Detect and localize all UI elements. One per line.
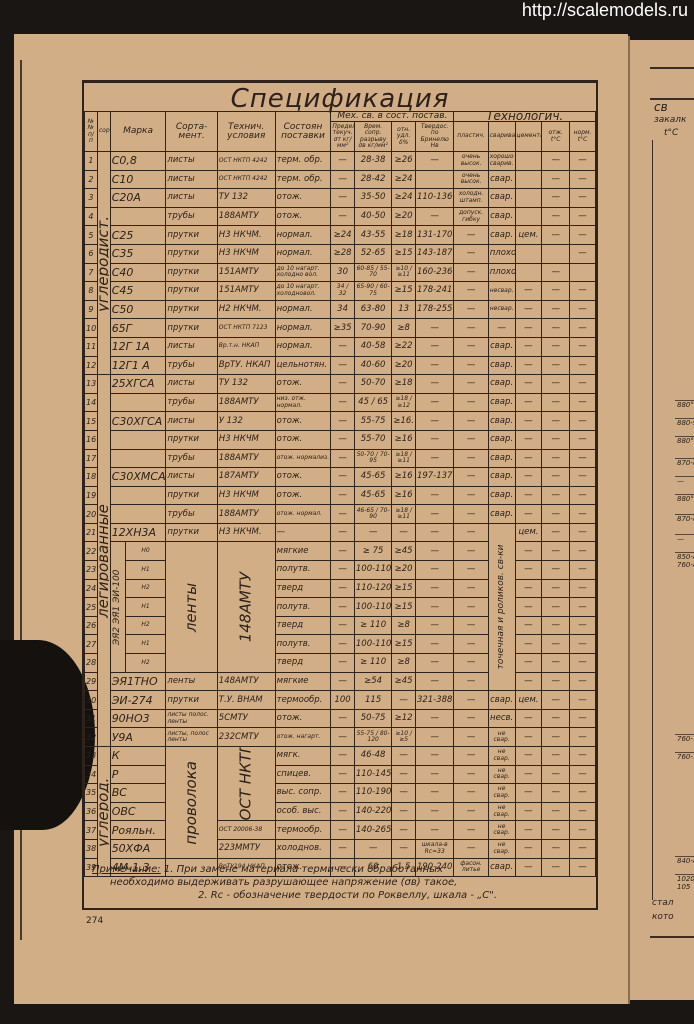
tensile-strength: 100-110: [354, 598, 391, 617]
delivery-state: отож. нормализ.: [275, 449, 331, 468]
cementation: —: [515, 319, 542, 338]
elongation: ≥8: [392, 654, 416, 673]
tensile-strength: 100-110: [354, 561, 391, 580]
tech-conditions: Н3 НКЧМ: [217, 486, 275, 505]
weldability: несв.: [488, 709, 515, 728]
tensile-strength: 110-190: [354, 784, 391, 803]
tech-conditions: Н3 НКЧМ.: [217, 523, 275, 542]
plasticity: —: [454, 300, 488, 319]
footnote: Примечание: 1. При замене материала терм…: [88, 863, 593, 902]
plasticity: —: [454, 654, 488, 673]
delivery-state: спицев.: [275, 765, 331, 784]
row-number: 17: [85, 449, 98, 468]
normalize-temp: —: [570, 412, 596, 431]
hardness: —: [415, 728, 454, 747]
state-cell: мягк.: [275, 747, 331, 766]
tech-conditions: ТУ 132: [217, 189, 275, 208]
weldability: свар.: [488, 505, 515, 524]
hardness: шкала-в Rc=33: [415, 839, 454, 858]
sortament: листы, полос ленты: [166, 728, 217, 747]
grade-sub: Н2: [125, 579, 166, 598]
row-number: 4: [85, 207, 98, 226]
cementation: —: [515, 375, 542, 394]
plasticity: —: [454, 542, 488, 561]
table-row: 7С40прутки151АМТУдо 10 нагарт. холодно в…: [85, 263, 596, 282]
weldability: не свар.: [488, 728, 515, 747]
col-plast: пластич.: [454, 122, 488, 152]
yield-strength: ≥28: [331, 244, 355, 263]
elongation: ≥24: [392, 170, 416, 189]
hardness: —: [415, 449, 454, 468]
sortament-provoloka: проволока: [166, 747, 217, 859]
plasticity: —: [454, 728, 488, 747]
yield-strength: —: [331, 189, 355, 208]
plasticity: —: [454, 784, 488, 803]
delivery-state: низ. отж. нормал.: [275, 393, 331, 412]
grade: С30ХМСА: [110, 468, 166, 487]
row-number: 10: [85, 319, 98, 338]
hardness: —: [415, 821, 454, 840]
col-normal: норм. t°C: [570, 122, 596, 152]
tensile-strength: 55-75 / 80-120: [354, 728, 391, 747]
tensile-strength: 50-70 / 70-95: [354, 449, 391, 468]
tensile-strength: 40-60: [354, 356, 391, 375]
weldability: свар.: [488, 486, 515, 505]
hardness: —: [415, 319, 454, 338]
row-number: 2: [85, 170, 98, 189]
grade: ЭЯ1ТНО: [110, 672, 166, 691]
yield-strength: —: [331, 152, 355, 171]
plasticity: —: [454, 486, 488, 505]
grade: 12Г1 А: [110, 356, 166, 375]
grade: 50ХФА: [110, 839, 166, 858]
cementation: —: [515, 672, 542, 691]
yield-strength: —: [331, 375, 355, 394]
group-alloy: легированные: [97, 375, 110, 747]
elongation: ≥18: [392, 226, 416, 245]
grade-sub: Н2: [125, 654, 166, 673]
cementation: —: [515, 337, 542, 356]
cementation: —: [515, 747, 542, 766]
plasticity: —: [454, 616, 488, 635]
right-subheader: закалк: [654, 115, 686, 125]
yield-strength: —: [331, 635, 355, 654]
col-tech-conditions: Технич. условия: [217, 112, 275, 152]
table-row: 1212Г1 АтрубыВрТУ. НКАПцельнотян.—40-60≥…: [85, 356, 596, 375]
grade-sub: Н0: [125, 542, 166, 561]
weldability: не свар.: [488, 784, 515, 803]
anneal-temp: —: [542, 635, 570, 654]
normalize-temp: —: [570, 542, 596, 561]
sortament: трубы: [166, 505, 217, 524]
row-number: 20: [85, 505, 98, 524]
sortament: трубы: [166, 393, 217, 412]
yield-strength: —: [331, 170, 355, 189]
right-cell: 1020° / 105: [675, 874, 694, 891]
tech-conditions: ОСТ НКТП 7123: [217, 319, 275, 338]
tensile-strength: 115: [354, 691, 391, 710]
right-cell: 880-90: [675, 418, 694, 427]
right-cell: —: [675, 476, 694, 485]
delivery-state: нормал.: [275, 300, 331, 319]
tech-conditions: 223ММТУ: [217, 839, 275, 858]
yield-strength: —: [331, 468, 355, 487]
right-cell: 760-78: [675, 752, 694, 761]
anneal-temp: —: [542, 598, 570, 617]
tech-conditions: ТУ 132: [217, 375, 275, 394]
sortament: прутки: [166, 486, 217, 505]
sortament: листы: [166, 170, 217, 189]
elongation: ≥22: [392, 337, 416, 356]
cementation: —: [515, 486, 542, 505]
row-number: 3: [85, 189, 98, 208]
watermark: http://scalemodels.ru: [522, 0, 688, 21]
weldability: несвар.: [488, 282, 515, 301]
anneal-temp: —: [542, 616, 570, 635]
row-number: 32: [85, 728, 98, 747]
normalize-temp: —: [570, 784, 596, 803]
yield-strength: —: [331, 802, 355, 821]
row-number: 5: [85, 226, 98, 245]
anneal-temp: —: [542, 393, 570, 412]
tensile-strength: —: [354, 523, 391, 542]
anneal-temp: —: [542, 152, 570, 171]
yield-strength: —: [331, 542, 355, 561]
grade: С35: [110, 244, 166, 263]
normalize-temp: —: [570, 393, 596, 412]
weldability: не свар.: [488, 839, 515, 858]
elongation: —: [392, 784, 416, 803]
delivery-state: нормал.: [275, 319, 331, 338]
cementation: —: [515, 300, 542, 319]
hardness: —: [415, 412, 454, 431]
tensile-strength: 63-80: [354, 300, 391, 319]
weldability: свар.: [488, 412, 515, 431]
normalize-temp: —: [570, 226, 596, 245]
table-row: 14трубы188АМТУниз. отж. нормал.—45 / 65≥…: [85, 393, 596, 412]
anneal-temp: —: [542, 170, 570, 189]
tech-conditions: 232СМТУ: [217, 728, 275, 747]
hardness: [415, 170, 454, 189]
row-number: 24: [85, 579, 98, 598]
anneal-temp: [542, 244, 570, 263]
row-number: 27: [85, 635, 98, 654]
plasticity: —: [454, 672, 488, 691]
table-row: 3С20АлистыТУ 132отож.—35-50≥24110-136хол…: [85, 189, 596, 208]
plasticity: —: [454, 468, 488, 487]
normalize-temp: —: [570, 561, 596, 580]
col-hardness: Твердос. по Бринелю Hв: [415, 122, 454, 152]
cementation: —: [515, 282, 542, 301]
right-cell: 840-8: [675, 856, 694, 865]
normalize-temp: —: [570, 468, 596, 487]
weldability: свар.: [488, 691, 515, 710]
tensile-strength: 100-110: [354, 635, 391, 654]
right-unit: t°C: [654, 128, 678, 138]
right-header: св: [654, 100, 668, 114]
plasticity: —: [454, 802, 488, 821]
tensile-strength: 50-75: [354, 709, 391, 728]
plasticity: допуск. гибку: [454, 207, 488, 226]
anneal-temp: —: [542, 765, 570, 784]
grade: [110, 430, 166, 449]
row-number: 26: [85, 616, 98, 635]
row-number: 35: [85, 784, 98, 803]
yield-strength: —: [331, 430, 355, 449]
normalize-temp: —: [570, 152, 596, 171]
yield-strength: —: [331, 709, 355, 728]
cementation: —: [515, 839, 542, 858]
tensile-strength: 140-220: [354, 802, 391, 821]
group-carbon: углеродист.: [97, 152, 110, 375]
hardness: —: [415, 375, 454, 394]
hardness: —: [415, 542, 454, 561]
delivery-state: мягкие: [275, 672, 331, 691]
anneal-temp: —: [542, 747, 570, 766]
right-page: св закалк t°C 880°± 880-90 880°± 870-89 …: [630, 40, 694, 1000]
grade: С40: [110, 263, 166, 282]
plasticity: —: [454, 579, 488, 598]
delivery-state: нормал.: [275, 337, 331, 356]
right-cell: —: [675, 534, 694, 543]
elongation: ≥16: [392, 468, 416, 487]
row-number: 28: [85, 654, 98, 673]
table-row: 3850ХФА223ММТУхолоднов.———шкала-в Rc=33—…: [85, 839, 596, 858]
anneal-temp: —: [542, 839, 570, 858]
weldability: свар.: [488, 449, 515, 468]
page-number: 274: [86, 916, 103, 926]
grade: ОВС: [110, 802, 166, 821]
delivery-state: отож. нагарт.: [275, 728, 331, 747]
sortament: листы: [166, 412, 217, 431]
delivery-state: нормал.: [275, 226, 331, 245]
tech-conditions: Н3 НКЧМ: [217, 430, 275, 449]
tensile-strength: 110-120: [354, 579, 391, 598]
anneal-temp: —: [542, 430, 570, 449]
delivery-state: —: [275, 523, 331, 542]
elongation: ≥18 / ≥12: [392, 393, 416, 412]
plasticity: —: [454, 747, 488, 766]
delivery-state: терм. обр.: [275, 170, 331, 189]
row-number: 18: [85, 468, 98, 487]
row-number: 11: [85, 337, 98, 356]
col-cement: цементац.: [515, 122, 542, 152]
table-row: 9С50пруткиН2 НКЧМ.нормал.3463-8013178-25…: [85, 300, 596, 319]
cementation: —: [515, 654, 542, 673]
sortament: прутки: [166, 226, 217, 245]
grade: ЭИ-274: [110, 691, 166, 710]
right-cell: 870-89: [675, 514, 694, 523]
grade: 90НО3: [110, 709, 166, 728]
row-number: 8: [85, 282, 98, 301]
elongation: —: [392, 821, 416, 840]
anneal-temp: —: [542, 300, 570, 319]
tech-conditions: ВрТУ. НКАП: [217, 356, 275, 375]
row-number: 7: [85, 263, 98, 282]
normalize-temp: —: [570, 747, 596, 766]
elongation: ≥16: [392, 430, 416, 449]
yield-strength: ≥35: [331, 319, 355, 338]
plasticity: —: [454, 691, 488, 710]
normalize-temp: —: [570, 375, 596, 394]
cementation: —: [515, 765, 542, 784]
anneal-temp: —: [542, 728, 570, 747]
tensile-strength: 35-50: [354, 189, 391, 208]
row-number: 1: [85, 152, 98, 171]
yield-strength: —: [331, 784, 355, 803]
normalize-temp: —: [570, 244, 596, 263]
grade: ВС: [110, 784, 166, 803]
sortament: прутки: [166, 523, 217, 542]
note-line-3: 2. Rc - обозначение твердости по Роквелл…: [88, 889, 593, 902]
page-title: Спецификация: [84, 84, 596, 110]
grade: У9А: [110, 728, 166, 747]
weldability: плохо: [488, 244, 515, 263]
hardness: —: [415, 430, 454, 449]
cementation: —: [515, 430, 542, 449]
right-cell: 880°±: [675, 436, 694, 445]
delivery-state: отож.: [275, 375, 331, 394]
weldability: не свар.: [488, 765, 515, 784]
yield-strength: —: [331, 747, 355, 766]
delivery-state: нормал.: [275, 244, 331, 263]
elongation: —: [392, 747, 416, 766]
tech-conditions: 188АМТУ: [217, 393, 275, 412]
table-row: 1065ГпруткиОСТ НКТП 7123нормал.≥3570-90≥…: [85, 319, 596, 338]
table-row: 37Рояльн.ОСТ 20006-38термообр.—140-265——…: [85, 821, 596, 840]
plasticity: —: [454, 561, 488, 580]
hardness: —: [415, 337, 454, 356]
plasticity: холодн. штамп.: [454, 189, 488, 208]
sortament: прутки: [166, 282, 217, 301]
tensile-strength: 46-48: [354, 747, 391, 766]
tensile-strength: 28-38: [354, 152, 391, 171]
grade: [110, 393, 166, 412]
tech-148amtu: 148АМТУ: [217, 542, 275, 672]
tech-conditions: ОСТ НКТП 4242: [217, 170, 275, 189]
yield-strength: —: [331, 393, 355, 412]
elongation: —: [392, 523, 416, 542]
normalize-temp: —: [570, 672, 596, 691]
col-group-mech: Мех. св. в сост. постав.: [331, 112, 454, 122]
tech-conditions: Н2 НКЧМ.: [217, 300, 275, 319]
col-yield: Предел текуч. σт кг/мм²: [331, 122, 355, 152]
hardness: 321-388: [415, 691, 454, 710]
tensile-strength: 70-90: [354, 319, 391, 338]
tensile-strength: ≥ 110: [354, 654, 391, 673]
weldability: свар.: [488, 430, 515, 449]
grade: [110, 486, 166, 505]
elongation: ≥18 / ≥11: [392, 505, 416, 524]
table-row: 3190НО3листы полос. ленты5СМТУотож.—50-7…: [85, 709, 596, 728]
plasticity: —: [454, 412, 488, 431]
cementation: [515, 170, 542, 189]
col-tensile: Врем. сопр. разрыву σв кг/мм²: [354, 122, 391, 152]
elongation: ≥15: [392, 244, 416, 263]
grade: С0,8: [110, 152, 166, 171]
normalize-temp: —: [570, 765, 596, 784]
tensile-strength: 55-75: [354, 412, 391, 431]
tech-conditions: 188АМТУ: [217, 505, 275, 524]
cementation: [515, 189, 542, 208]
yield-strength: —: [331, 672, 355, 691]
yield-strength: —: [331, 821, 355, 840]
cementation: —: [515, 561, 542, 580]
row-number: 34: [85, 765, 98, 784]
table-row: 13легированные25ХГСАлистыТУ 132отож.—50-…: [85, 375, 596, 394]
grade: С20А: [110, 189, 166, 208]
table-row: 5С25пруткиН3 НКЧМ.нормал.≥2443-55≥18131-…: [85, 226, 596, 245]
table-row: 27Н1полутв.—100-110≥15—————: [85, 635, 596, 654]
weldability: свар.: [488, 356, 515, 375]
row-number: 13: [85, 375, 98, 394]
hardness: 160-236: [415, 263, 454, 282]
plasticity: —: [454, 356, 488, 375]
plasticity: —: [454, 393, 488, 412]
tensile-strength: —: [354, 839, 391, 858]
sortament: ленты: [166, 672, 217, 691]
delivery-state: отож.: [275, 189, 331, 208]
hardness: —: [415, 523, 454, 542]
anneal-temp: —: [542, 449, 570, 468]
col-state: Состоян поставки: [275, 112, 331, 152]
cementation: —: [515, 598, 542, 617]
plasticity: —: [454, 375, 488, 394]
yield-strength: —: [331, 412, 355, 431]
tensile-strength: 60-85 / 55-70: [354, 263, 391, 282]
yield-strength: 34 / 32: [331, 282, 355, 301]
anneal-temp: —: [542, 468, 570, 487]
elongation: ≥18 / ≥11: [392, 449, 416, 468]
normalize-temp: [570, 263, 596, 282]
table-row: 32У9Алисты, полос ленты232СМТУотож. нага…: [85, 728, 596, 747]
table-row: 4трубы188АМТУотож.—40-50≥20—допуск. гибк…: [85, 207, 596, 226]
sortament: трубы: [166, 207, 217, 226]
elongation: ≥15: [392, 282, 416, 301]
anneal-temp: —: [542, 561, 570, 580]
right-cell: 880°±: [675, 400, 694, 409]
hardness: 131-170: [415, 226, 454, 245]
elongation: ≥20: [392, 356, 416, 375]
hardness: —: [415, 635, 454, 654]
tech-conditions: 188АМТУ: [217, 207, 275, 226]
cementation: —: [515, 784, 542, 803]
cementation: —: [515, 821, 542, 840]
tensile-strength: ≥ 75: [354, 542, 391, 561]
grade: Р: [110, 765, 166, 784]
cementation: цем.: [515, 691, 542, 710]
row-number: 29: [85, 672, 98, 691]
normalize-temp: —: [570, 579, 596, 598]
table-row: 16пруткиН3 НКЧМотож.—55-70≥16——свар.———: [85, 430, 596, 449]
table-row: 2112ХН3АпруткиН3 НКЧМ.——————точечная и р…: [85, 523, 596, 542]
cementation: цем.: [515, 523, 542, 542]
yield-strength: —: [331, 505, 355, 524]
hardness: —: [415, 486, 454, 505]
table-row: 35ВСвыс. сопр.—110-190———не свар.———: [85, 784, 596, 803]
delivery-state: полутв.: [275, 635, 331, 654]
grade: Рояльн.: [110, 821, 166, 840]
col-marka: Марка: [110, 112, 166, 152]
tensile-strength: ≥54: [354, 672, 391, 691]
weldability: не свар.: [488, 802, 515, 821]
note-line-2: необходимо выдерживать разрушающее напря…: [88, 876, 593, 889]
right-cell: 870-89: [675, 458, 694, 467]
yield-strength: —: [331, 523, 355, 542]
normalize-temp: —: [570, 207, 596, 226]
delivery-state: отож.: [275, 486, 331, 505]
sortament: прутки: [166, 691, 217, 710]
